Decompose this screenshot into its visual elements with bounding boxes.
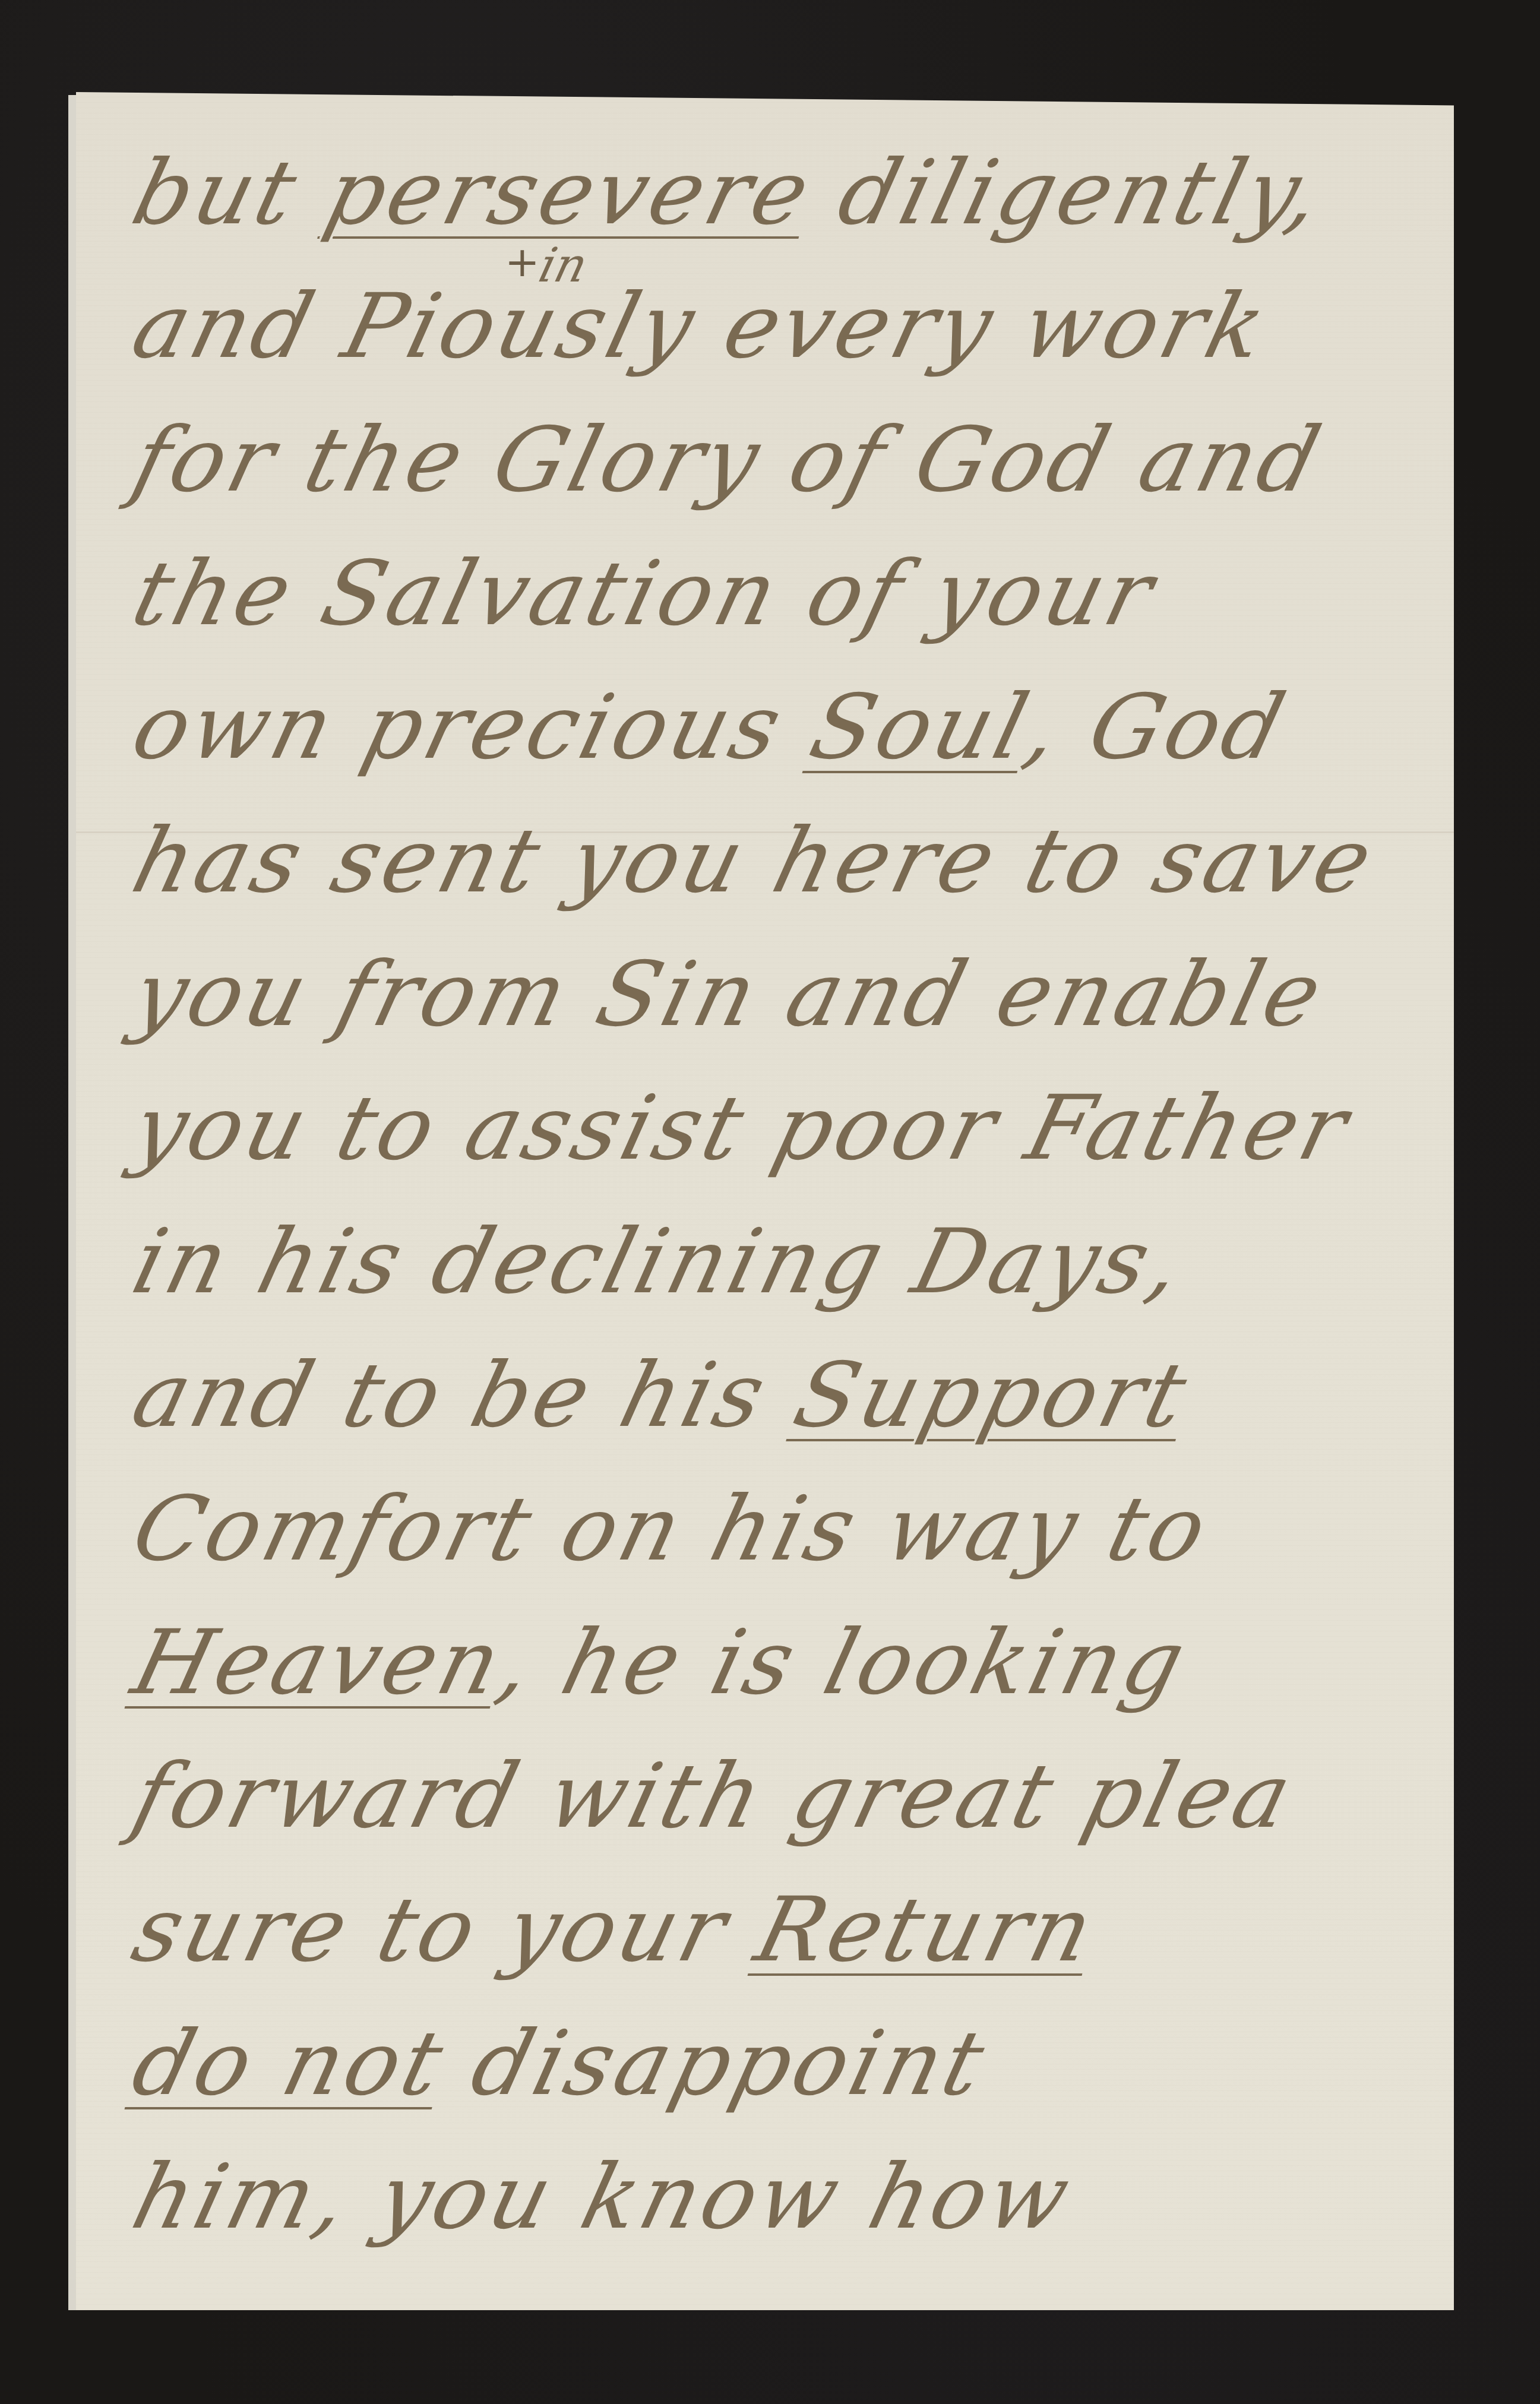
underlined-word: Heaven (123, 1611, 514, 1715)
line-text: has sent you here to save (123, 809, 1385, 913)
line-text: you to assist poor Father (123, 1077, 1361, 1180)
text-line-8: you to assist poor Father (125, 1084, 1359, 1173)
text-line-11: Comfort on his way to (125, 1485, 1218, 1574)
line-text: sure to your Return (123, 1878, 1106, 1982)
text-line-12: Heaven, he is looking (125, 1618, 1196, 1707)
line-text: do not disappoint (123, 2012, 997, 2115)
line-text: forward with great plea (123, 1745, 1304, 1848)
line-text: own precious Soul, God (123, 676, 1298, 779)
line-text: but persevere diligently, (123, 141, 1335, 245)
underlined-word: persevere (316, 141, 823, 245)
line-text: the Salvation of your (123, 542, 1166, 646)
underlined-word: Return (746, 1878, 1106, 1982)
line-text: in his declining Days, (123, 1210, 1196, 1314)
line-text: and Piously every work (123, 275, 1279, 378)
text-line-6: has sent you here to save (125, 817, 1383, 906)
underlined-word: Soul (801, 676, 1041, 779)
line-text: for the Glory of God and (123, 409, 1333, 512)
text-line-4: the Salvation of your (125, 549, 1165, 638)
text-line-9: in his declining Days, (125, 1217, 1194, 1307)
text-line-16: him, you know how (125, 2153, 1081, 2242)
text-line-7: you from Sin and enable (125, 950, 1333, 1039)
text-line-2: and Piously every work (125, 282, 1277, 371)
line-text: him, you know how (123, 2146, 1083, 2249)
text-line-5: own precious Soul, God (125, 683, 1296, 772)
line-text: and to be his Support (123, 1344, 1200, 1447)
text-line-10: and to be his Support (125, 1351, 1198, 1440)
text-line-13: forward with great plea (125, 1752, 1302, 1841)
underlined-word: Support (785, 1344, 1200, 1447)
line-text: you from Sin and enable (123, 943, 1335, 1046)
line-text: Comfort on his way to (123, 1478, 1220, 1581)
line-text: Heaven, he is looking (123, 1611, 1198, 1715)
text-line-1: but persevere diligently, (125, 148, 1333, 238)
text-line-3: for the Glory of God and (125, 416, 1332, 505)
text-line-15: do not disappoint (125, 2019, 995, 2108)
underlined-word: do not (123, 2012, 456, 2115)
text-line-14: sure to your Return (125, 1886, 1104, 1975)
